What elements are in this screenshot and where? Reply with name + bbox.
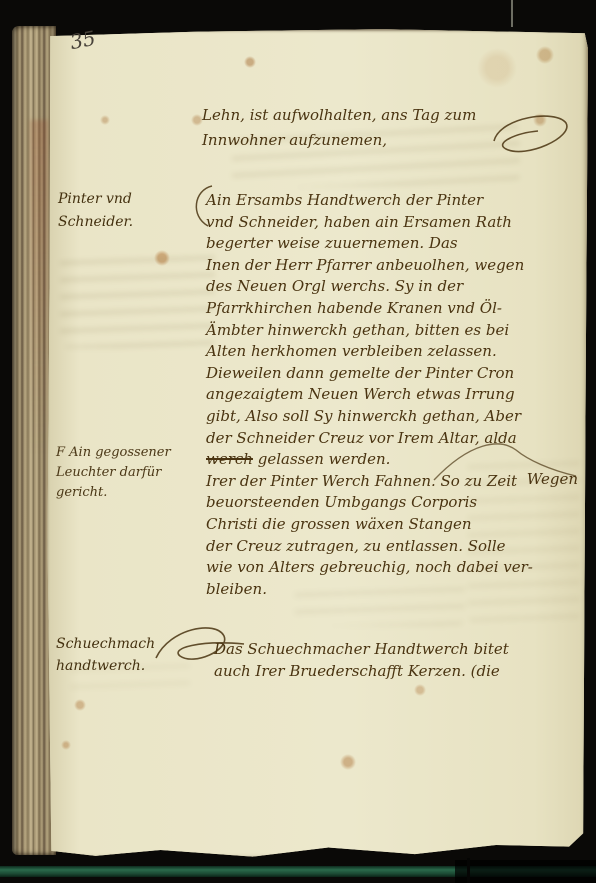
entry-line: begerter weise zuuernemen. Das <box>206 233 580 255</box>
entry-line: Ain Ersambs Handtwerch der Pinter <box>206 190 580 212</box>
entry-line: vnd Schneider, haben ain Ersamen Rath <box>206 212 580 234</box>
table-edge-shadow <box>455 860 596 883</box>
entry-line: Alten herkhomen verbleiben zelassen. <box>206 341 580 363</box>
header-note-line: Lehn, ist aufwolhalten, ans Tag zum <box>202 103 476 128</box>
book-spine-tint <box>30 120 48 540</box>
struck-word: werch <box>206 450 253 468</box>
main-entry: Ain Ersambs Handtwerch der Pinter vnd Sc… <box>206 190 580 600</box>
entry-line: Dieweilen dann gemelte der Pinter Cron <box>206 363 580 385</box>
margin-note-leuchter: F Ain gegossener Leuchter darfür gericht… <box>56 443 171 503</box>
entry-line: bleiben. <box>206 579 580 601</box>
ink-bleedthrough-left <box>60 248 215 348</box>
entry-line: gibt, Also soll Sy hinwerckh gethan, Abe… <box>206 406 580 428</box>
thread-line <box>511 0 513 27</box>
entry-line: angezaigtem Neuen Werch etwas Irrung <box>206 384 580 406</box>
margin-note-line: Schneider. <box>58 211 133 234</box>
table-leg-line <box>467 858 470 883</box>
entry-line: Das Schuechmacher Handtwerch bitet <box>214 638 509 660</box>
shoemaker-entry: Das Schuechmacher Handtwerch bitet auch … <box>214 638 509 682</box>
entry-line: der Creuz zutragen, zu entlassen. Solle <box>206 536 580 558</box>
entry-line: Pfarrkhirchen habende Kranen vnd Öl- <box>206 298 580 320</box>
margin-note-line: Leuchter darfür <box>56 463 171 483</box>
entry-line: Ämbter hinwerckh gethan, bitten es bei <box>206 320 580 342</box>
entry-line: Christi die grossen wäxen Stangen <box>206 514 580 536</box>
entry-line: auch Irer Bruederschafft Kerzen. (die <box>214 660 509 682</box>
folio-number: 35 <box>68 26 98 54</box>
photograph-of-manuscript: 35 Lehn, ist aufwolhalten, ans Tag zum I… <box>0 0 596 883</box>
entry-line: wie von Alters gebreuchig, noch dabei ve… <box>206 557 580 579</box>
margin-note-line: F Ain gegossener <box>56 443 171 463</box>
margin-note-line: gericht. <box>56 483 171 503</box>
entry-line: Inen der Herr Pfarrer anbeuolhen, wegen <box>206 255 580 277</box>
margin-note-line: handtwerch. <box>56 655 155 677</box>
entry-line: des Neuen Orgl werchs. Sy in der <box>206 276 580 298</box>
margin-note-schuhmacher: Schuechmach handtwerch. <box>56 633 155 677</box>
header-flourish <box>486 107 578 159</box>
mid-page-flourish <box>430 436 580 484</box>
margin-note-line: Pinter vnd <box>58 188 133 211</box>
header-note-line: Innwohner aufzunemen, <box>202 128 476 153</box>
entry-line-rest: gelassen werden. <box>253 450 390 468</box>
entry-line: beuorsteenden Umbgangs Corporis <box>206 492 580 514</box>
header-note: Lehn, ist aufwolhalten, ans Tag zum Innw… <box>202 103 476 153</box>
margin-note-line: Schuechmach <box>56 633 155 655</box>
margin-note-pinter: Pinter vnd Schneider. <box>58 188 133 234</box>
